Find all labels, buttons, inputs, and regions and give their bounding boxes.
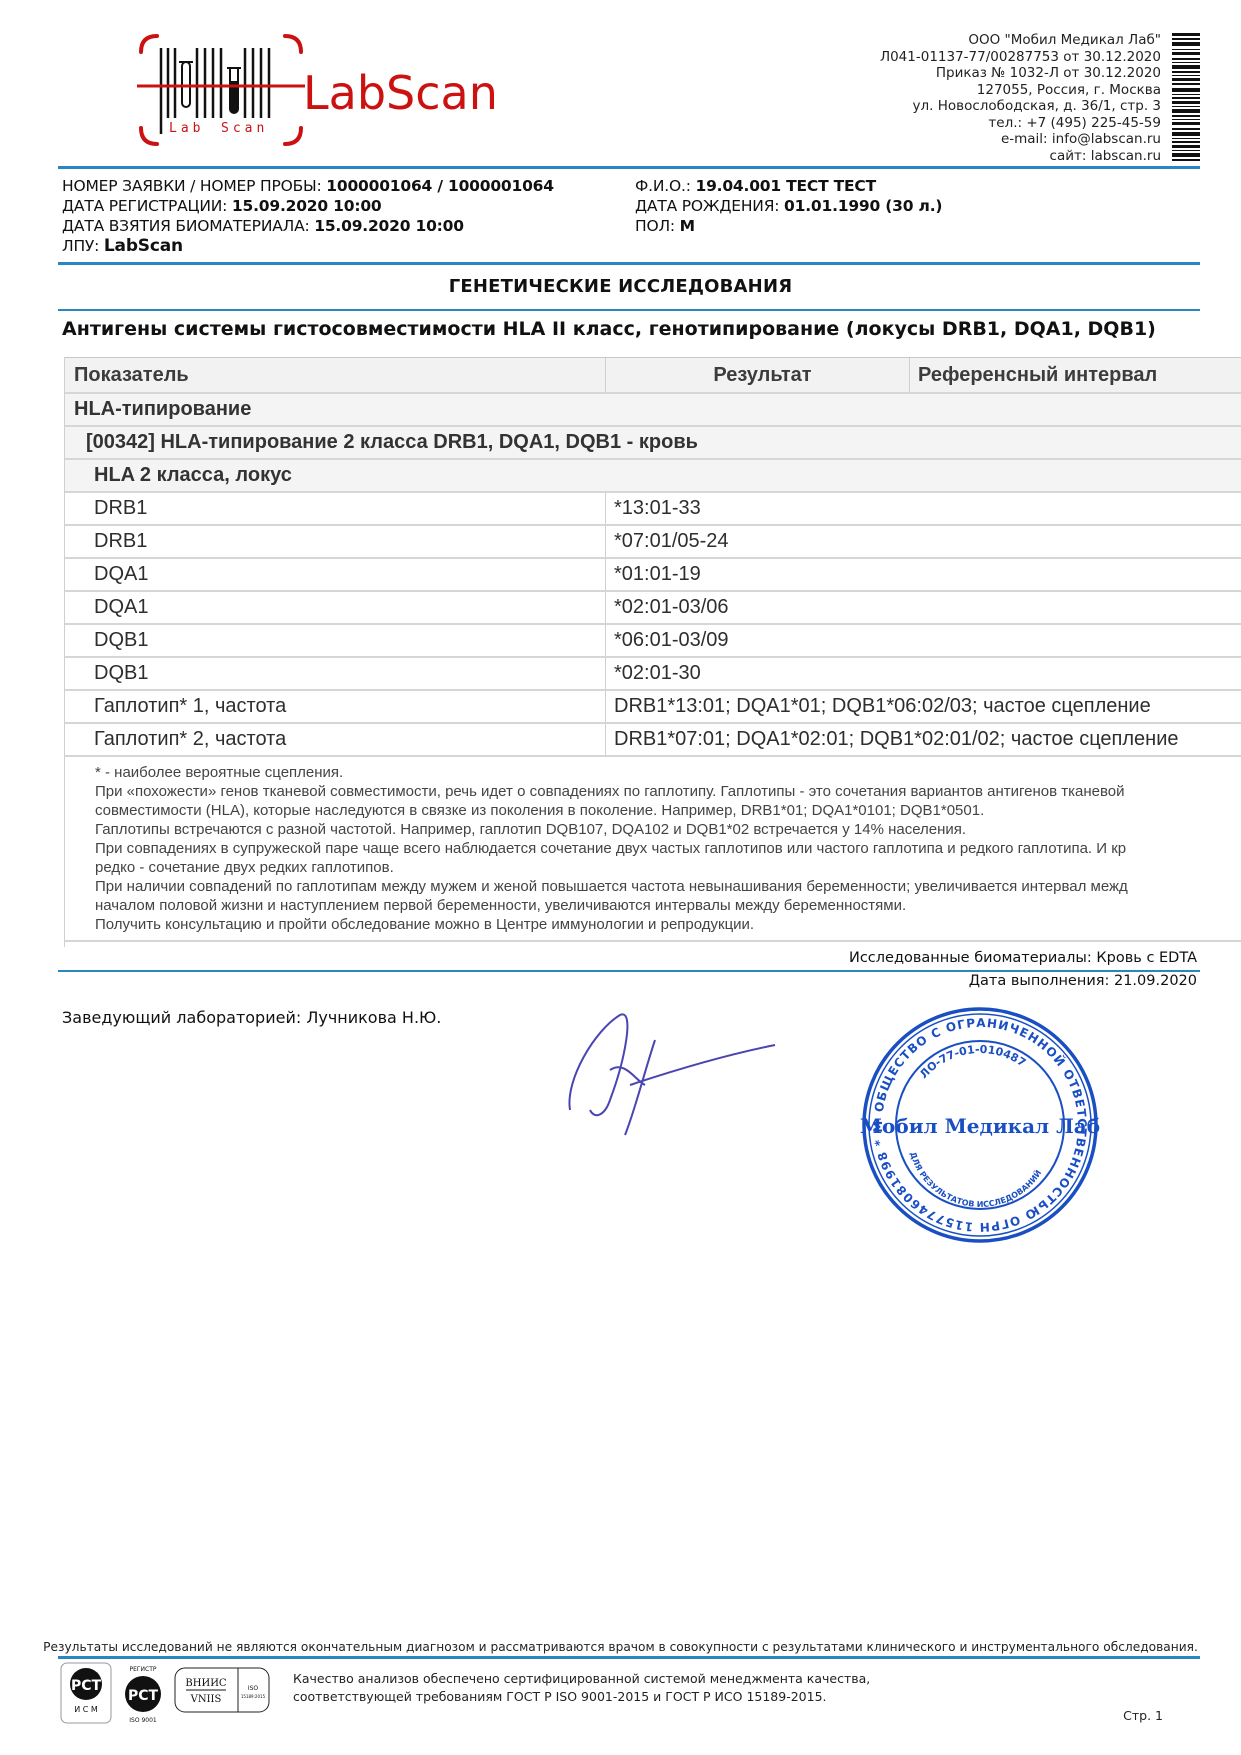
note-line: Гаплотипы встречаются с разной частотой.… (95, 820, 1241, 839)
svg-text:ISO 9001: ISO 9001 (129, 1717, 157, 1724)
company-line: сайт: labscan.ru (880, 148, 1161, 165)
header-result: Результат (606, 358, 910, 392)
note-line: При наличии совпадений по гаплотипам меж… (95, 877, 1241, 896)
row-result: *13:01-33 (606, 493, 1241, 524)
registration-date-row: ДАТА РЕГИСТРАЦИИ: 15.09.2020 10:00 (62, 196, 554, 216)
patient-name-row: Ф.И.О.: 19.04.001 ТЕСТ ТЕСТ (635, 176, 942, 196)
order-number: 1000001064 / 1000001064 (326, 177, 554, 195)
company-line: тел.: +7 (495) 225-45-59 (880, 115, 1161, 132)
test-title: Антигены системы гистосовместимости HLA … (62, 318, 1156, 340)
row-parameter: DRB1 (64, 526, 606, 557)
table-row: DQB1 *06:01-03/09 (64, 625, 1241, 658)
logo-brand-text: LabScan (303, 66, 498, 120)
lab-head: Заведующий лабораторией: Лучникова Н.Ю. (62, 1008, 441, 1027)
note-line: совместимости (HLA), которые наследуются… (95, 801, 1241, 820)
table-row: DRB1 *13:01-33 (64, 493, 1241, 526)
row-result: DRB1*07:01; DQA1*02:01; DQB1*02:01/02; ч… (606, 724, 1241, 755)
results-table: Показатель Результат Референсный интерва… (64, 357, 1241, 942)
quality-line: соответствующей требованиям ГОСТ Р ISO 9… (293, 1688, 870, 1706)
row-parameter: DQB1 (64, 625, 606, 656)
biomaterial: Исследованные биоматериалы: Кровь с EDTA (849, 950, 1197, 966)
row-parameter: DQA1 (64, 559, 606, 590)
logo-inner-label-right: Scan (221, 121, 268, 136)
table-row: DQB1 *02:01-30 (64, 658, 1241, 691)
row-result: *06:01-03/09 (606, 625, 1241, 656)
subgroup-row: [00342] HLA-типирование 2 класса DRB1, D… (64, 427, 1241, 460)
stamp-center-text: «Мобил Медикал Лаб» (860, 1114, 1100, 1138)
section-row: HLA 2 класса, локус (64, 460, 1241, 493)
note-line: редко - сочетание двух редких гаплотипов… (95, 858, 1241, 877)
svg-text:PCT: PCT (128, 1688, 159, 1704)
sex-row: ПОЛ: М (635, 216, 942, 236)
stamp-lower-text: ДЛЯ РЕЗУЛЬТАТОВ ИССЛЕДОВАНИЙ (908, 1151, 1043, 1209)
lpu-value: LabScan (104, 236, 183, 256)
row-result: DRB1*13:01; DQA1*01; DQB1*06:02/03; част… (606, 691, 1241, 722)
registration-date: 15.09.2020 10:00 (232, 197, 382, 215)
svg-text:ЛО-77-01-010487: ЛО-77-01-010487 (917, 1043, 1028, 1081)
row-parameter: DQA1 (64, 592, 606, 623)
table-row: Гаплотип* 1, частота DRB1*13:01; DQA1*01… (64, 691, 1241, 724)
quality-line: Качество анализов обеспечено сертифициро… (293, 1670, 870, 1688)
svg-text:ISO: ISO (248, 1685, 259, 1692)
footer-disclaimer: Результаты исследований не являются окон… (0, 1640, 1241, 1654)
logo-inner-label-left: Lab (169, 121, 204, 136)
table-left-border (64, 357, 65, 947)
barcode (1172, 33, 1200, 163)
table-row: DRB1 *07:01/05-24 (64, 526, 1241, 559)
note-line: Получить консультацию и пройти обследова… (95, 915, 1241, 934)
company-info: ООО "Мобил Медикал Лаб" Л041-01137-77/00… (880, 32, 1161, 164)
rst-ism-logo: PCT И С М (60, 1662, 112, 1724)
patient-name: 19.04.001 ТЕСТ ТЕСТ (695, 177, 875, 195)
order-info: НОМЕР ЗАЯВКИ / НОМЕР ПРОБЫ: 1000001064 /… (62, 176, 554, 256)
completion-date: Дата выполнения: 21.09.2020 (969, 973, 1197, 989)
stamp-license: ЛО-77-01-010487 (917, 1043, 1028, 1081)
row-result: *07:01/05-24 (606, 526, 1241, 557)
labscan-logo: Lab Scan LabScan (135, 30, 505, 155)
note-line: При «похожести» генов тканевой совместим… (95, 782, 1241, 801)
note-line: * - наиболее вероятные сцепления. (95, 763, 1241, 782)
header-divider (58, 166, 1200, 169)
company-line: ул. Новослободская, д. 36/1, стр. 3 (880, 98, 1161, 115)
header-parameter: Показатель (64, 358, 606, 392)
lpu-row: ЛПУ: LabScan (62, 236, 554, 256)
company-line: ООО "Мобил Медикал Лаб" (880, 32, 1161, 49)
row-parameter: DQB1 (64, 658, 606, 689)
sex-value: М (680, 217, 695, 235)
order-number-row: НОМЕР ЗАЯВКИ / НОМЕР ПРОБЫ: 1000001064 /… (62, 176, 554, 196)
row-parameter: Гаплотип* 1, частота (64, 691, 606, 722)
table-notes: * - наиболее вероятные сцепления. При «п… (64, 757, 1241, 942)
page-number: Стр. 1 (1123, 1708, 1163, 1723)
row-result: *02:01-30 (606, 658, 1241, 689)
table-row: Гаплотип* 2, частота DRB1*07:01; DQA1*02… (64, 724, 1241, 757)
svg-text:И С М: И С М (74, 1705, 98, 1714)
sample-date-row: ДАТА ВЗЯТИЯ БИОМАТЕРИАЛА: 15.09.2020 10:… (62, 216, 554, 236)
vniis-iso-logo: ВНИИС VNIIS ISO 15189:2015 (174, 1662, 270, 1714)
footer-divider (58, 1656, 1200, 1659)
rst-register-logo: РЕГИСТР PCT ISO 9001 (118, 1662, 168, 1724)
svg-text:ВНИИС: ВНИИС (185, 1678, 227, 1689)
birth-date-row: ДАТА РОЖДЕНИЯ: 01.01.1990 (30 л.) (635, 196, 942, 216)
svg-text:РЕГИСТР: РЕГИСТР (129, 1666, 156, 1673)
table-row: DQA1 *02:01-03/06 (64, 592, 1241, 625)
row-parameter: Гаплотип* 2, частота (64, 724, 606, 755)
note-line: началом половой жизни и наступлением пер… (95, 896, 1241, 915)
svg-text:PCT: PCT (71, 1678, 102, 1694)
company-line: 127055, Россия, г. Москва (880, 82, 1161, 99)
header-reference: Референсный интервал (910, 358, 1241, 392)
birth-date: 01.01.1990 (30 л.) (784, 197, 942, 215)
row-parameter: DRB1 (64, 493, 606, 524)
section-title: ГЕНЕТИЧЕСКИЕ ИССЛЕДОВАНИЯ (0, 276, 1241, 297)
table-header-row: Показатель Результат Референсный интерва… (64, 358, 1241, 394)
company-line: Приказ № 1032-Л от 30.12.2020 (880, 65, 1161, 82)
company-stamp: ОБЩЕСТВО С ОГРАНИЧЕННОЙ ОТВЕТСТВЕННОСТЬЮ… (860, 1005, 1100, 1245)
svg-text:VNIIS: VNIIS (190, 1694, 222, 1705)
results-divider (58, 970, 1200, 972)
section-label: HLA 2 класса, локус (64, 460, 1241, 491)
table-row: DQA1 *01:01-19 (64, 559, 1241, 592)
info-divider (58, 262, 1200, 265)
certification-logos: PCT И С М РЕГИСТР PCT ISO 9001 ВНИИС VNI… (60, 1662, 270, 1722)
subgroup-title: [00342] HLA-типирование 2 класса DRB1, D… (64, 427, 1241, 458)
row-result: *01:01-19 (606, 559, 1241, 590)
signature (565, 1000, 785, 1150)
note-line: При совпадениях в супружеской паре чаще … (95, 839, 1241, 858)
quality-statement: Качество анализов обеспечено сертифициро… (293, 1670, 870, 1706)
patient-info: Ф.И.О.: 19.04.001 ТЕСТ ТЕСТ ДАТА РОЖДЕНИ… (635, 176, 942, 236)
group-row: HLA-типирование (64, 394, 1241, 427)
company-line: Л041-01137-77/00287753 от 30.12.2020 (880, 49, 1161, 66)
company-line: e-mail: info@labscan.ru (880, 131, 1161, 148)
sample-date: 15.09.2020 10:00 (314, 217, 464, 235)
group-title: HLA-типирование (64, 394, 1241, 425)
svg-text:15189:2015: 15189:2015 (241, 1694, 266, 1699)
section-divider (58, 309, 1200, 311)
svg-text:ДЛЯ РЕЗУЛЬТАТОВ ИССЛЕДОВАНИЙ: ДЛЯ РЕЗУЛЬТАТОВ ИССЛЕДОВАНИЙ (908, 1151, 1043, 1209)
row-result: *02:01-03/06 (606, 592, 1241, 623)
